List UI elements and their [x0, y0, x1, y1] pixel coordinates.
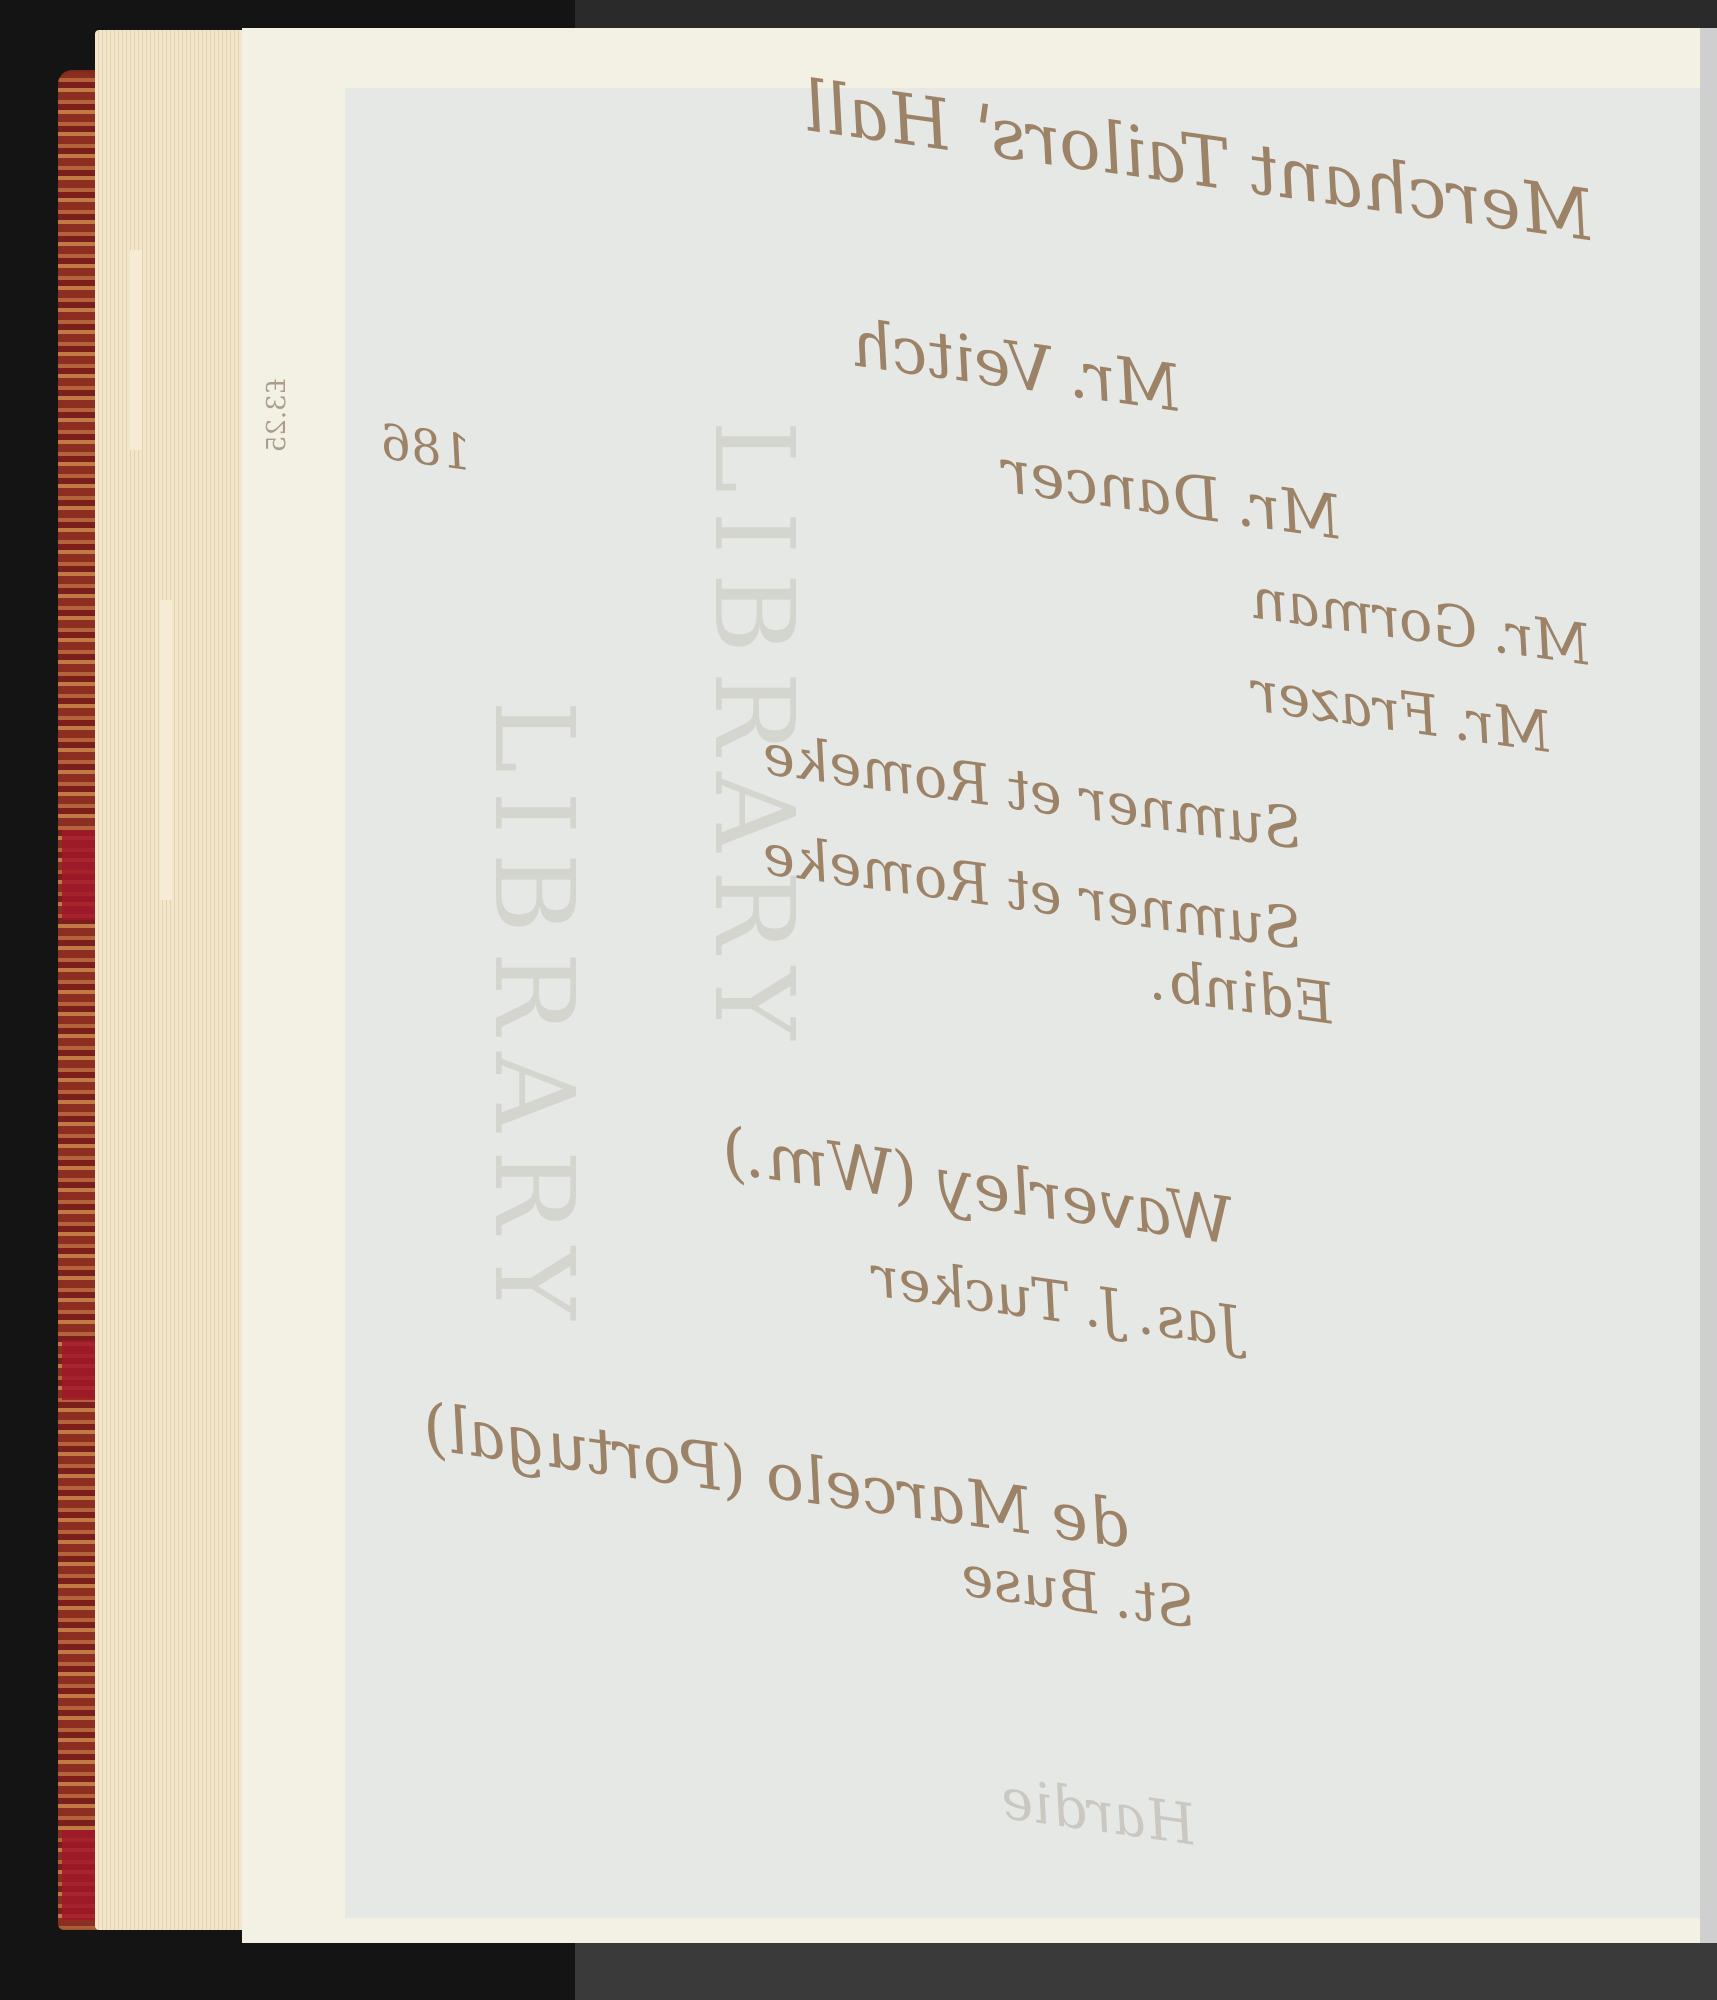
page-edge-right [1700, 28, 1717, 1943]
library-stamp: LIBRARY [470, 700, 598, 1338]
index-tab [160, 600, 172, 900]
background-bottom [575, 1940, 1717, 2000]
pencil-note: £3.25 [262, 378, 292, 452]
index-tab [130, 250, 142, 450]
